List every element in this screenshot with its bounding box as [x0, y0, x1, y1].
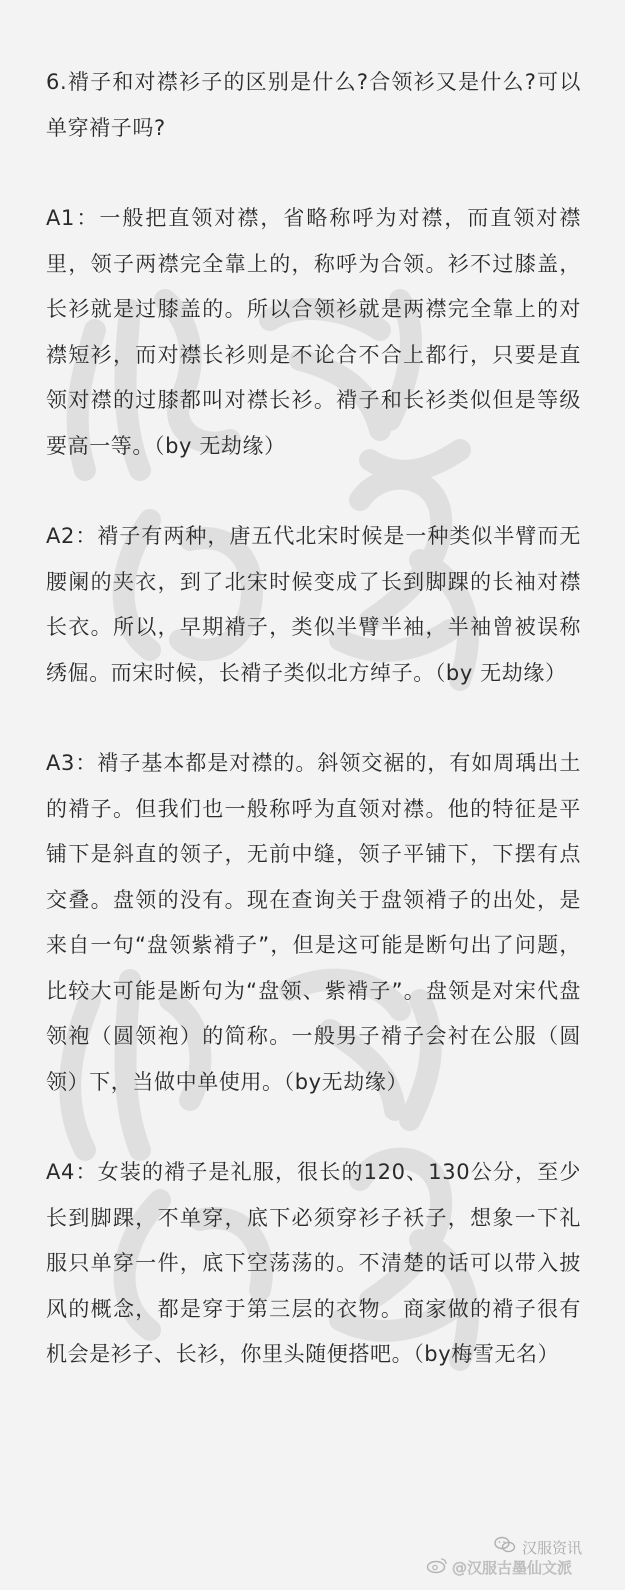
answer-byline: （by无劫缘） — [284, 1070, 408, 1094]
answer-byline: （by 无劫缘） — [154, 434, 286, 458]
answer-a3: A3：褙子基本都是对襟的。斜领交裾的，有如周瑀出土的褙子。但我们也一般称呼为直领… — [46, 741, 581, 1105]
answer-a2: A2：褙子有两种，唐五代北宋时候是一种类似半臂而无腰阑的夹衣，到了北宋时候变成了… — [46, 514, 581, 696]
weibo-icon — [426, 1556, 448, 1578]
answer-text: A4：女装的褙子是礼服，很长的120、130公分，至少长到脚踝，不单穿，底下必须… — [46, 1160, 581, 1366]
document-body: 6.褙子和对襟衫子的区别是什么?合领衫又是什么?可以单穿褙子吗? A1：一般把直… — [46, 60, 581, 1423]
answer-a1: A1：一般把直领对襟，省略称呼为对襟，而直领对襟里，领子两襟完全靠上的，称呼为合… — [46, 196, 581, 469]
answer-a4: A4：女装的褙子是礼服，很长的120、130公分，至少长到脚踝，不单穿，底下必须… — [46, 1150, 581, 1378]
wechat-watermark: 汉服资讯 — [494, 1536, 582, 1558]
wechat-icon — [494, 1536, 516, 1558]
answer-byline: （by 无劫缘） — [435, 661, 567, 685]
weibo-handle: @汉服古墨仙文派 — [452, 1557, 572, 1578]
answer-byline: （by梅雪无名） — [413, 1342, 559, 1366]
answer-text: A1：一般把直领对襟，省略称呼为对襟，而直领对襟里，领子两襟完全靠上的，称呼为合… — [46, 206, 581, 458]
answer-text: A3：褙子基本都是对襟的。斜领交裾的，有如周瑀出土的褙子。但我们也一般称呼为直领… — [46, 751, 581, 1094]
weibo-watermark: @汉服古墨仙文派 — [426, 1556, 572, 1578]
source-watermark: 汉服资讯 @汉服古墨仙文派 — [426, 1522, 611, 1582]
wechat-account-name: 汉服资讯 — [522, 1537, 582, 1558]
question-title: 6.褙子和对襟衫子的区别是什么?合领衫又是什么?可以单穿褙子吗? — [46, 60, 581, 151]
